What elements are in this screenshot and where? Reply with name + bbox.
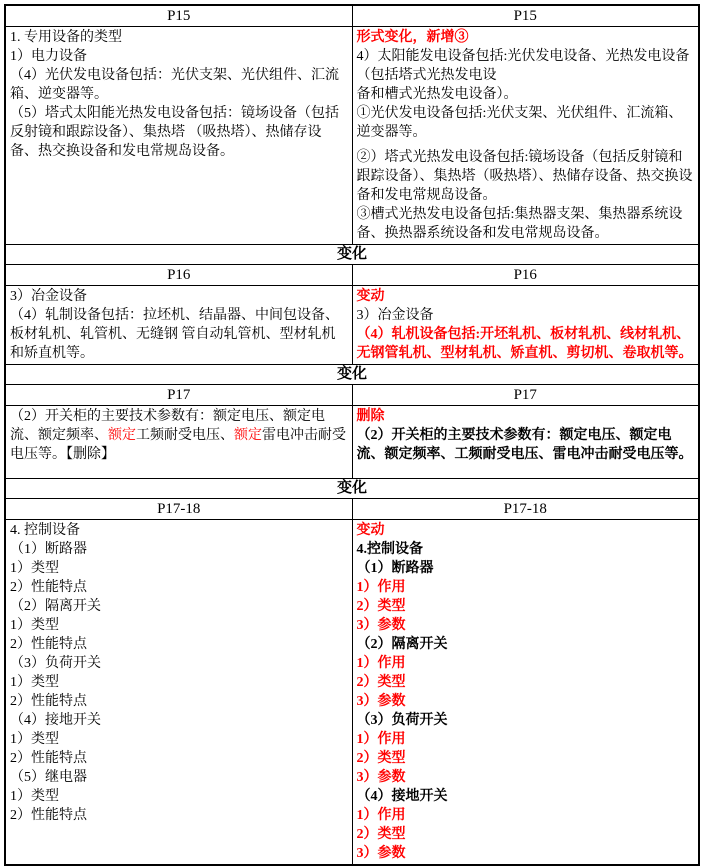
paragraph: 1）作用 [357,654,695,673]
paragraph: （4）接地开关 [10,711,348,730]
paragraph: 1）类型 [10,616,348,635]
change-divider-label: 变化 [5,479,699,499]
text-segment: 4）太阳能发电设备包括:光伏发电设备、光热发电设备 [357,49,690,64]
text-segment: 形式变化，新增③ [357,30,469,45]
paragraph: 1）作用 [357,578,695,597]
paragraph: 1）作用 [357,806,695,825]
paragraph: （4）光伏发电设备包括：光伏支架、光伏组件、汇流箱、逆变器等。 [10,66,348,104]
paragraph: （3）负荷开关 [357,711,695,730]
page-header-row: P17-18P17-18 [5,499,699,520]
text-segment: （1）断路器 [357,561,434,576]
right-content-cell: 形式变化，新增③4）太阳能发电设备包括:光伏发电设备、光热发电设备（包括塔式光热… [352,27,699,245]
paragraph: （包括塔式光热发电设 [357,66,695,85]
text-segment: 1. 专用设备的类型 [10,30,122,45]
paragraph: （2）隔离开关 [357,635,695,654]
text-segment: （4）光伏发电设备包括：光伏支架、光伏组件、汇流箱、逆变器等。 [10,68,339,102]
text-segment: （5）塔式太阳能光热发电设备包括：镜场设备（包括反射镜和跟踪设备）、集热塔 （吸… [10,106,339,159]
text-segment: 变动 [357,523,385,538]
paragraph: 1）类型 [10,730,348,749]
text-segment: 3）冶金设备 [357,308,434,323]
text-segment: 4.控制设备 [357,542,424,557]
text-segment: 2）类型 [357,827,406,842]
text-segment: 1）类型 [10,618,59,633]
right-content-cell: 删除（2）开关柜的主要技术参数有：额定电压、额定电流、额定频率、工频耐受电压、雷… [352,406,699,479]
paragraph: 1）作用 [357,730,695,749]
paragraph: 2）类型 [357,825,695,844]
paragraph: 3）冶金设备 [357,306,695,325]
left-content-cell: 4. 控制设备（1）断路器1）类型2）性能特点（2）隔离开关1）类型2）性能特点… [5,520,352,866]
paragraph: 1. 专用设备的类型 [10,28,348,47]
text-segment: （4）接地开关 [10,713,101,728]
paragraph: 3）参数 [357,692,695,711]
paragraph: 2）性能特点 [10,692,348,711]
page-label-right: P17 [352,385,699,406]
text-segment: 2）类型 [357,599,406,614]
text-segment: 1）作用 [357,808,406,823]
text-segment: 3）冶金设备 [10,289,87,304]
change-divider-row: 变化 [5,365,699,385]
change-divider-label: 变化 [5,365,699,385]
paragraph: ③槽式光热发电设备包括:集热器支架、集热器系统设备、换热器系统设备和发电常规岛设… [357,205,695,243]
paragraph: （1）断路器 [10,540,348,559]
paragraph: 2）类型 [357,597,695,616]
content-row: 4. 控制设备（1）断路器1）类型2）性能特点（2）隔离开关1）类型2）性能特点… [5,520,699,866]
text-segment: 1）作用 [357,732,406,747]
text-segment: ①光伏发电设备包括:光伏支架、光伏组件、汇流箱、逆变器等。 [357,106,683,140]
paragraph: 2）性能特点 [10,635,348,654]
page-label-left: P15 [5,5,352,27]
paragraph: 2）性能特点 [10,749,348,768]
text-segment: （4）轧机设备包括:开坯轧机、板材轧机、线材轧机、无钢管轧机、型材轧机、矫直机、… [357,327,693,361]
text-segment: 2）性能特点 [10,808,87,823]
paragraph: （5）塔式太阳能光热发电设备包括：镜场设备（包括反射镜和跟踪设备）、集热塔 （吸… [10,104,348,161]
text-segment: 工频耐受电压、 [136,428,234,443]
paragraph: （3）负荷开关 [10,654,348,673]
change-divider-row: 变化 [5,245,699,265]
page-header-row: P17P17 [5,385,699,406]
paragraph: 2）性能特点 [10,806,348,825]
paragraph: （4）轧制设备包括：拉坯机、结晶器、中间包设备、板材轧机、轧管机、无缝钢 管自动… [10,306,348,363]
page-label-left: P17 [5,385,352,406]
paragraph: 4）太阳能发电设备包括:光伏发电设备、光热发电设备 [357,47,695,66]
text-segment: 1）类型 [10,561,59,576]
page-label-left: P17-18 [5,499,352,520]
paragraph: 4. 控制设备 [10,521,348,540]
text-segment: （3）负荷开关 [357,713,448,728]
change-divider-row: 变化 [5,479,699,499]
text-segment: 1）类型 [10,732,59,747]
page-header-row: P15P15 [5,5,699,27]
paragraph: 1）类型 [10,559,348,578]
text-segment: 4. 控制设备 [10,523,80,538]
text-segment: （4）轧制设备包括：拉坯机、结晶器、中间包设备、板材轧机、轧管机、无缝钢 管自动… [10,308,339,361]
text-segment: 2）类型 [357,751,406,766]
paragraph: 删除 [357,407,695,426]
right-content-cell: 变动3）冶金设备（4）轧机设备包括:开坯轧机、板材轧机、线材轧机、无钢管轧机、型… [352,286,699,365]
paragraph: （1）断路器 [357,559,695,578]
text-segment: 3）参数 [357,846,406,861]
text-segment: 1）电力设备 [10,49,87,64]
left-content-cell: 1. 专用设备的类型1）电力设备（4）光伏发电设备包括：光伏支架、光伏组件、汇流… [5,27,352,245]
text-segment: 2）性能特点 [10,751,87,766]
text-segment: （2）开关柜的主要技术参数有：额定电压、额定电流、额定频率、工频耐受电压、雷电冲… [357,428,693,462]
text-segment: 3）参数 [357,618,406,633]
text-segment: 变动 [357,289,385,304]
text-segment: （3）负荷开关 [10,656,101,671]
paragraph: （4）接地开关 [357,787,695,806]
page-label-right: P16 [352,265,699,286]
paragraph: 变动 [357,287,695,306]
text-segment: 1）类型 [10,789,59,804]
paragraph: 备和槽式光热发电设备）。 [357,85,695,104]
text-segment: 2）类型 [357,675,406,690]
paragraph: （2）开关柜的主要技术参数有：额定电压、额定电流、额定频率、额定工频耐受电压、额… [10,407,348,464]
paragraph: 2）类型 [357,673,695,692]
content-row: 3）冶金设备（4）轧制设备包括：拉坯机、结晶器、中间包设备、板材轧机、轧管机、无… [5,286,699,365]
paragraph: 4.控制设备 [357,540,695,559]
change-comparison-table: P15P151. 专用设备的类型1）电力设备（4）光伏发电设备包括：光伏支架、光… [4,4,700,866]
paragraph: 2）类型 [357,749,695,768]
paragraph: 3）参数 [357,844,695,863]
paragraph: 2）性能特点 [10,578,348,597]
text-segment: 额定 [108,428,136,443]
left-content-cell: 3）冶金设备（4）轧制设备包括：拉坯机、结晶器、中间包设备、板材轧机、轧管机、无… [5,286,352,365]
text-segment: 1）作用 [357,580,406,595]
paragraph: ①光伏发电设备包括:光伏支架、光伏组件、汇流箱、逆变器等。 [357,104,695,142]
change-divider-label: 变化 [5,245,699,265]
page-header-row: P16P16 [5,265,699,286]
right-content-cell: 变动4.控制设备（1）断路器1）作用2）类型3）参数（2）隔离开关1）作用2）类… [352,520,699,866]
text-segment: 3）参数 [357,770,406,785]
page-label-right: P15 [352,5,699,27]
text-segment: ③槽式光热发电设备包括:集热器支架、集热器系统设备、换热器系统设备和发电常规岛设… [357,207,683,241]
left-content-cell: （2）开关柜的主要技术参数有：额定电压、额定电流、额定频率、额定工频耐受电压、额… [5,406,352,479]
text-segment: （5）继电器 [10,770,87,785]
content-row: （2）开关柜的主要技术参数有：额定电压、额定电流、额定频率、额定工频耐受电压、额… [5,406,699,479]
content-row: 1. 专用设备的类型1）电力设备（4）光伏发电设备包括：光伏支架、光伏组件、汇流… [5,27,699,245]
paragraph: 1）类型 [10,787,348,806]
paragraph: （5）继电器 [10,768,348,787]
text-segment: 3）参数 [357,694,406,709]
text-segment: 2）性能特点 [10,694,87,709]
text-segment: 2）性能特点 [10,580,87,595]
paragraph: （2）隔离开关 [10,597,348,616]
paragraph: ②）塔式光热发电设备包括:镜场设备（包括反射镜和跟踪设备）、集热塔（吸热塔）、热… [357,148,695,205]
page-label-left: P16 [5,265,352,286]
paragraph: 变动 [357,521,695,540]
text-segment: 额定 [234,428,262,443]
text-segment: （2）隔离开关 [357,637,448,652]
text-segment: （包括塔式光热发电设 [357,68,497,83]
paragraph: 形式变化，新增③ [357,28,695,47]
paragraph: 1）电力设备 [10,47,348,66]
text-segment: 备和槽式光热发电设备）。 [357,87,518,102]
paragraph: （2）开关柜的主要技术参数有：额定电压、额定电流、额定频率、工频耐受电压、雷电冲… [357,426,695,464]
paragraph: 3）参数 [357,768,695,787]
paragraph: 3）参数 [357,616,695,635]
text-segment: （2）隔离开关 [10,599,101,614]
paragraph: 1）类型 [10,673,348,692]
text-segment: （1）断路器 [10,542,87,557]
paragraph: 3）冶金设备 [10,287,348,306]
paragraph: （4）轧机设备包括:开坯轧机、板材轧机、线材轧机、无钢管轧机、型材轧机、矫直机、… [357,325,695,363]
text-segment: 1）类型 [10,675,59,690]
text-segment: ②）塔式光热发电设备包括:镜场设备（包括反射镜和跟踪设备）、集热塔（吸热塔）、热… [357,150,693,203]
text-segment: 删除 [357,409,385,424]
text-segment: （4）接地开关 [357,789,448,804]
text-segment: 2）性能特点 [10,637,87,652]
page-label-right: P17-18 [352,499,699,520]
table-body: P15P151. 专用设备的类型1）电力设备（4）光伏发电设备包括：光伏支架、光… [5,5,699,865]
text-segment: 1）作用 [357,656,406,671]
